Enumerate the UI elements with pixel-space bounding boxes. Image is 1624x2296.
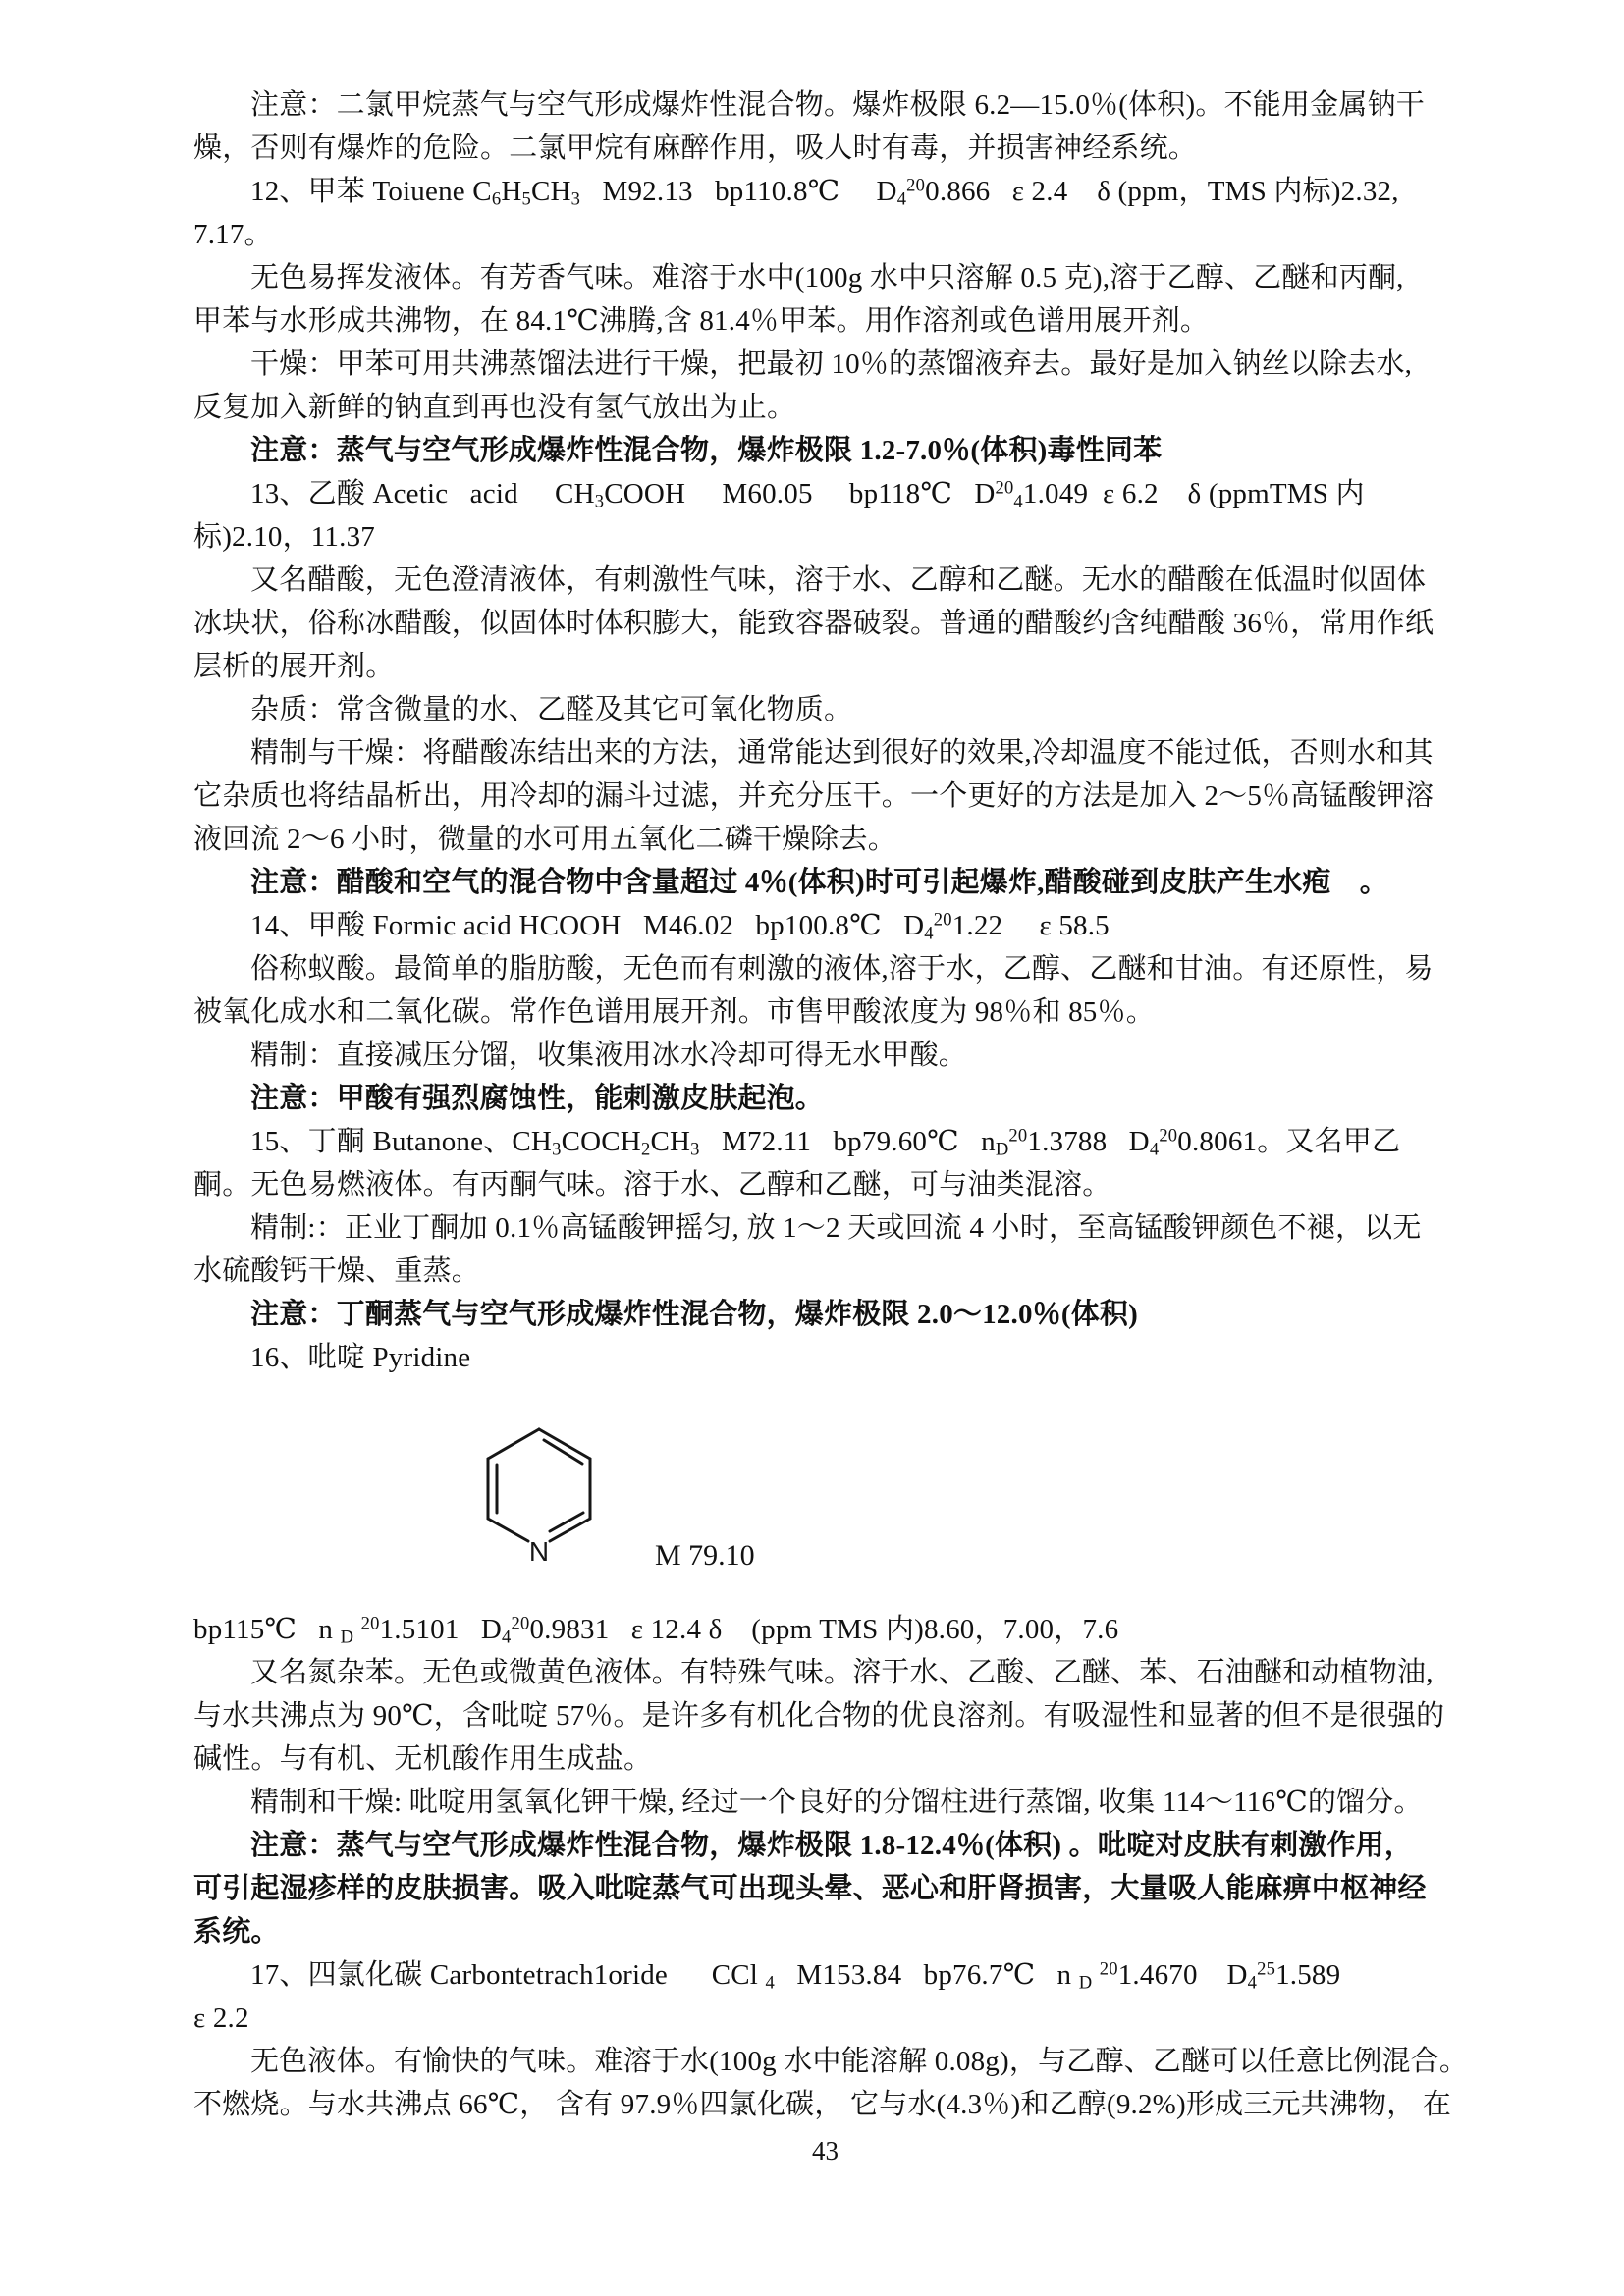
text-line: 它杂质也将结晶析出，用冷却的漏斗过滤，并充分压干。一个更好的方法是加入 2～5％…: [193, 774, 1457, 818]
text-line: 液回流 2～6 小时，微量的水可用五氧化二磷干燥除去。: [193, 818, 1457, 861]
text-line: 俗称蚁酸。最简单的脂肪酸，无色而有刺激的液体,溶于水，乙醇、乙醚和甘油。有还原性…: [193, 947, 1457, 990]
text-line: 15、丁酮 Butanone、CH3COCH2CH3 M72.11 bp79.6…: [193, 1120, 1457, 1163]
nitrogen-atom-label: N: [529, 1536, 549, 1567]
text-line: 又名醋酸，无色澄清液体，有刺激性气味，溶于水、乙醇和乙醚。无水的醋酸在低温时似固…: [193, 559, 1457, 602]
text-line: 杂质：常含微量的水、乙醛及其它可氧化物质。: [193, 688, 1457, 731]
text-block-bottom: bp115℃ n D 201.5101 D4200.9831 ε 12.4 δ …: [193, 1608, 1457, 2126]
text-line: 精制:：正业丁酮加 0.1％高锰酸钾摇匀, 放 1～2 天或回流 4 小时，至高…: [193, 1206, 1457, 1250]
text-line: 精制和干燥: 吡啶用氢氧化钾干燥, 经过一个良好的分馏柱进行蒸馏, 收集 114…: [193, 1781, 1457, 1824]
text-line: 被氧化成水和二氧化碳。常作色谱用展开剂。市售甲酸浓度为 98％和 85％。: [193, 990, 1457, 1034]
text-line: 12、甲苯 Toiuene C6H5CH3 M92.13 bp110.8℃ D4…: [193, 170, 1457, 213]
text-line: 无色液体。有愉快的气味。难溶于水(100g 水中能溶解 0.08g)，与乙醇、乙…: [193, 2040, 1457, 2083]
text-line: 16、吡啶 Pyridine: [193, 1336, 1457, 1379]
text-line: ε 2.2: [193, 1997, 1457, 2040]
notice-text-line: 注意：蒸气与空气形成爆炸性混合物，爆炸极限 1.8-12.4％(体积) 。吡啶对…: [193, 1824, 1457, 1867]
text-line: 不燃烧。与水共沸点 66℃， 含有 97.9％四氯化碳， 它与水(4.3％)和乙…: [193, 2083, 1457, 2126]
notice-text-line: 注意：蒸气与空气形成爆炸性混合物，爆炸极限 1.2-7.0％(体积)毒性同苯: [193, 429, 1457, 472]
text-line: 无色易挥发液体。有芳香气味。难溶于水中(100g 水中只溶解 0.5 克),溶于…: [193, 256, 1457, 299]
text-line: 注意：二氯甲烷蒸气与空气形成爆炸性混合物。爆炸极限 6.2—15.0％(体积)。…: [193, 83, 1457, 127]
text-line: 冰块状，俗称冰醋酸，似固体时体积膨大，能致容器破裂。普通的醋酸约含纯醋酸 36％…: [193, 602, 1457, 645]
notice-text-line: 可引起湿疹样的皮肤损害。吸入吡啶蒸气可出现头晕、恶心和肝肾损害，大量吸人能麻痹中…: [193, 1867, 1457, 1910]
text-line: 精制与干燥：将醋酸冻结出来的方法，通常能达到很好的效果,冷却温度不能过低，否则水…: [193, 731, 1457, 774]
notice-text-line: 注意：醋酸和空气的混合物中含量超过 4％(体积)时可引起爆炸,醋酸碰到皮肤产生水…: [193, 861, 1457, 904]
text-block-top: 注意：二氯甲烷蒸气与空气形成爆炸性混合物。爆炸极限 6.2—15.0％(体积)。…: [193, 83, 1457, 1379]
notice-text-line: 注意：丁酮蒸气与空气形成爆炸性混合物，爆炸极限 2.0～12.0％(体积): [193, 1293, 1457, 1336]
text-line: 燥，否则有爆炸的危险。二氯甲烷有麻醉作用，吸人时有毒，并损害神经系统。: [193, 127, 1457, 170]
text-line: 标)2.10，11.37: [193, 515, 1457, 559]
page-number: 43: [193, 2136, 1457, 2165]
text-line: 7.17。: [193, 213, 1457, 256]
text-line: 14、甲酸 Formic acid HCOOH M46.02 bp100.8℃ …: [193, 904, 1457, 947]
text-line: bp115℃ n D 201.5101 D4200.9831 ε 12.4 δ …: [193, 1608, 1457, 1651]
text-line: 反复加入新鲜的钠直到再也没有氢气放出为止。: [193, 386, 1457, 429]
notice-text-line: 系统。: [193, 1910, 1457, 1953]
text-line: 水硫酸钙干燥、重蒸。: [193, 1250, 1457, 1293]
document-page: 注意：二氯甲烷蒸气与空气形成爆炸性混合物。爆炸极限 6.2—15.0％(体积)。…: [0, 0, 1624, 2296]
text-line: 与水共沸点为 90℃，含吡啶 57％。是许多有机化合物的优良溶剂。有吸湿性和显著…: [193, 1694, 1457, 1737]
pyridine-structure-diagram: N: [484, 1423, 594, 1573]
text-line: 干燥：甲苯可用共沸蒸馏法进行干燥，把最初 10％的蒸馏液弃去。最好是加入钠丝以除…: [193, 343, 1457, 386]
text-line: 又名氮杂苯。无色或微黄色液体。有特殊气味。溶于水、乙酸、乙醚、苯、石油醚和动植物…: [193, 1651, 1457, 1694]
page-content: 注意：二氯甲烷蒸气与空气形成爆炸性混合物。爆炸极限 6.2—15.0％(体积)。…: [0, 0, 1624, 2165]
text-line: 酮。无色易燃液体。有丙酮气味。溶于水、乙醇和乙醚，可与油类混溶。: [193, 1163, 1457, 1206]
text-line: 13、乙酸 Acetic acid CH3COOH M60.05 bp118℃ …: [193, 472, 1457, 515]
text-line: 碱性。与有机、无机酸作用生成盐。: [193, 1737, 1457, 1781]
text-line: 层析的展开剂。: [193, 645, 1457, 688]
pyridine-figure: N M 79.10: [193, 1379, 1457, 1608]
text-line: 精制：直接减压分馏，收集液用冰水冷却可得无水甲酸。: [193, 1034, 1457, 1077]
text-line: 17、四氯化碳 Carbontetrach1oride CCl 4 M153.8…: [193, 1953, 1457, 1997]
text-line: 甲苯与水形成共沸物，在 84.1℃沸腾,含 81.4％甲苯。用作溶剂或色谱用展开…: [193, 299, 1457, 343]
notice-text-line: 注意：甲酸有强烈腐蚀性，能刺激皮肤起泡。: [193, 1077, 1457, 1120]
molecular-mass-label: M 79.10: [655, 1539, 755, 1573]
